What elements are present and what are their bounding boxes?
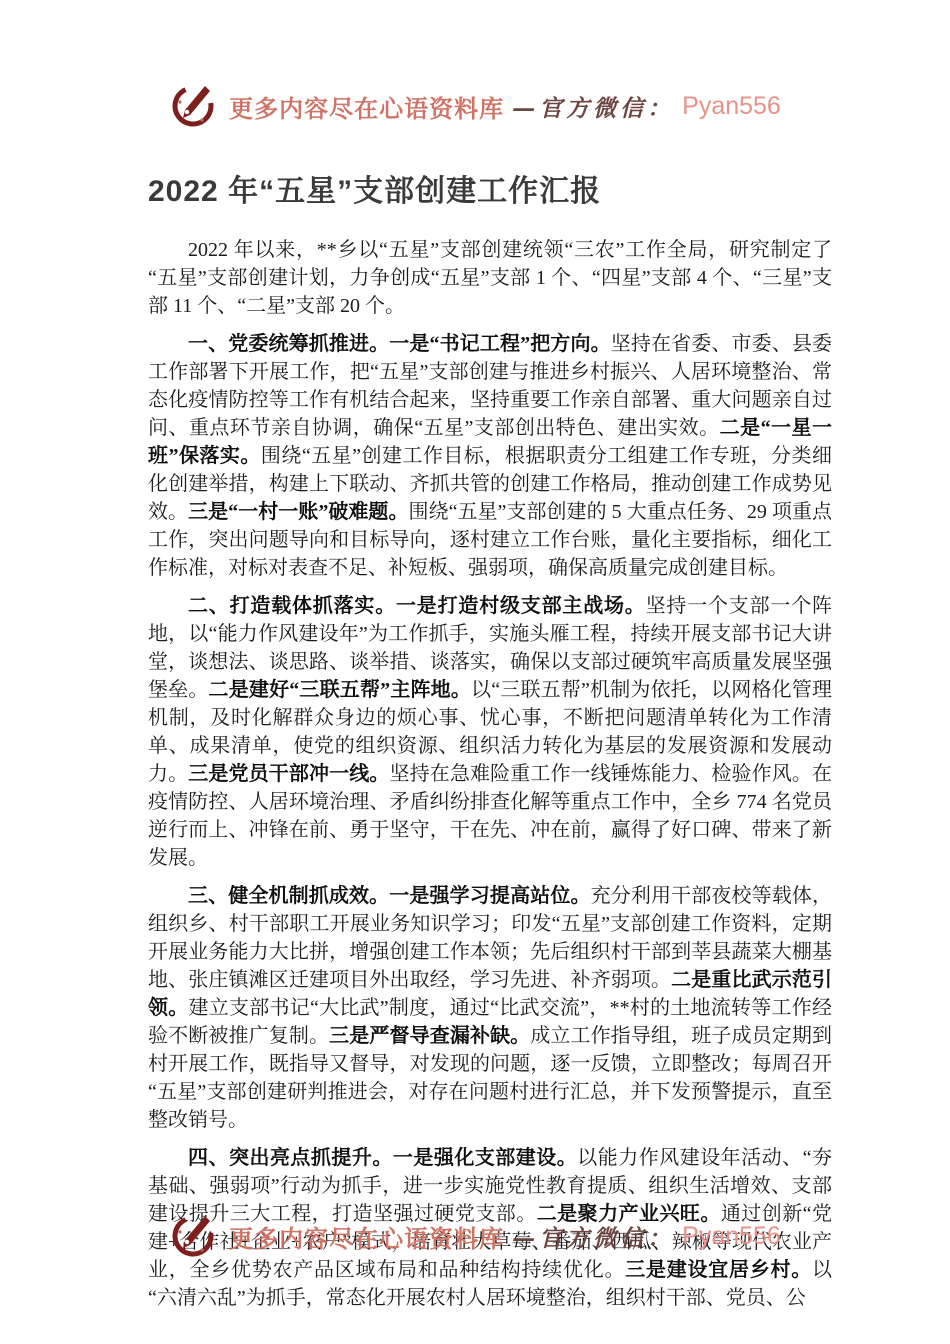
paragraph: 2022 年以来，**乡以“五星”支部创建统领“三农”工作全局，研究制定了“五星… — [148, 236, 832, 320]
watermark-separator-text: —官方微信： — [512, 90, 674, 123]
pen-logo-icon — [169, 82, 221, 130]
pen-logo-icon — [169, 1212, 221, 1260]
watermark-site-text: 更多内容尽在心语资料库 — [229, 1219, 504, 1254]
document-body: 2022 年以来，**乡以“五星”支部创建统领“三农”工作全局，研究制定了“五星… — [148, 236, 832, 1312]
watermark-separator-text: —官方微信： — [512, 1220, 674, 1253]
text-run-bold: 四、突出亮点抓提升。一是强化支部建设。 — [188, 1147, 577, 1169]
document-title: 2022 年“五星”支部创建工作汇报 — [148, 166, 832, 210]
text-run-bold: 三、健全机制抓成效。一是强学习提高站位。 — [188, 885, 591, 907]
text-run-bold: 二、打造载体抓落实。一是打造村级支部主战场。 — [188, 595, 646, 617]
watermark-site-text: 更多内容尽在心语资料库 — [229, 89, 504, 124]
text-run-bold: 一、党委统筹抓推进。一是“书记工程”把方向。 — [188, 333, 611, 355]
text-run-bold: 二是建好“三联五帮”主阵地。 — [209, 679, 472, 701]
paragraph: 一、党委统筹抓推进。一是“书记工程”把方向。坚持在省委、市委、县委工作部署下开展… — [148, 330, 832, 582]
document-page: 更多内容尽在心语资料库—官方微信：Pyan556 2022 年“五星”支部创建工… — [0, 0, 950, 1344]
watermark-wechat-id: Pyan556 — [682, 92, 781, 121]
paragraph: 三、健全机制抓成效。一是强学习提高站位。充分利用干部夜校等载体，组织乡、村干部职… — [148, 882, 832, 1134]
text-run-bold: 三是严督导查漏补缺。 — [329, 1025, 530, 1047]
footer-watermark: 更多内容尽在心语资料库—官方微信：Pyan556 — [0, 1212, 950, 1260]
header-watermark: 更多内容尽在心语资料库—官方微信：Pyan556 — [0, 82, 950, 130]
paragraph: 二、打造载体抓落实。一是打造村级支部主战场。坚持一个支部一个阵地，以“能力作风建… — [148, 592, 832, 872]
watermark-wechat-id: Pyan556 — [682, 1222, 781, 1251]
text-run: 2022 年以来，**乡以“五星”支部创建统领“三农”工作全局，研究制定了“五星… — [148, 239, 832, 317]
text-run-bold: 三是党员干部冲一线。 — [188, 763, 389, 785]
text-run-bold: 三是“一村一账”破难题。 — [188, 501, 408, 523]
text-run-bold: 三是建设宜居乡村。 — [625, 1259, 812, 1281]
